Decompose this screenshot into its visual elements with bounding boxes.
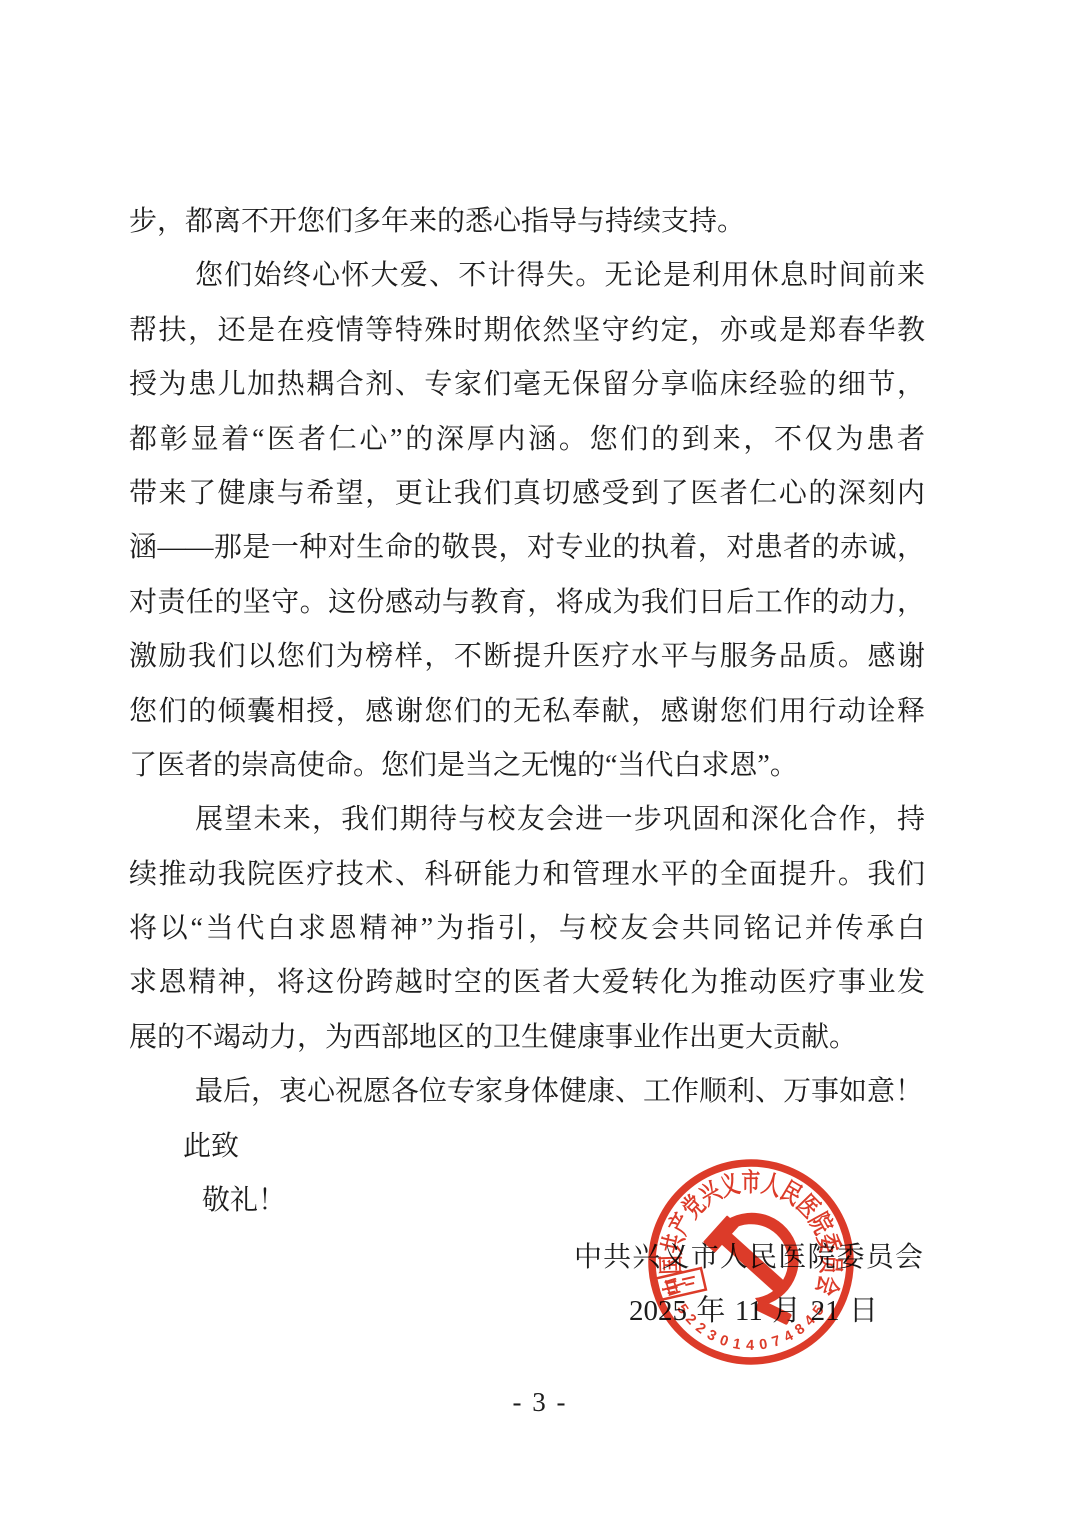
letter-page: 步，都离不开您们多年来的悉心指导与持续支持。您们始终心怀大爱、不计得失。无论是利…	[0, 0, 1080, 1527]
body-line: 最后，衷心祝愿各位专家身体健康、工作顺利、万事如意！	[129, 1065, 925, 1119]
page-number: - 3 -	[0, 1386, 1080, 1418]
body-line: 都彰显着“医者仁心”的深厚内涵。您们的到来，不仅为患者	[129, 413, 925, 467]
body-line: 将以“当代白求恩精神”为指引，与校友会共同铭记并传承白	[129, 902, 925, 956]
body-line: 帮扶，还是在疫情等特殊时期依然坚守约定，亦或是郑春华教	[129, 304, 925, 358]
letter-body: 步，都离不开您们多年来的悉心指导与持续支持。您们始终心怀大爱、不计得失。无论是利…	[129, 195, 925, 1228]
body-line: 带来了健康与希望，更让我们真切感受到了医者仁心的深刻内	[129, 467, 925, 521]
body-line: 展的不竭动力，为西部地区的卫生健康事业作出更大贡献。	[129, 1011, 925, 1065]
body-line: 授为患儿加热耦合剂、专家们毫无保留分享临床经验的细节，	[129, 358, 925, 412]
signature-date: 2025年11月21日	[629, 1295, 878, 1331]
body-line: 续推动我院医疗技术、科研能力和管理水平的全面提升。我们	[129, 848, 925, 902]
body-line: 求恩精神，将这份跨越时空的医者大爱转化为推动医疗事业发	[129, 956, 925, 1010]
signature: 中共兴义市人民医院委员会	[574, 1242, 923, 1276]
body-line: 此致	[183, 1120, 925, 1174]
body-line: 对责任的坚守。这份感动与教育，将成为我们日后工作的动力，	[129, 576, 925, 630]
body-line: 步，都离不开您们多年来的悉心指导与持续支持。	[129, 195, 925, 249]
body-line: 了医者的崇高使命。您们是当之无愧的“当代白求恩”。	[129, 739, 925, 793]
body-line: 激励我们以您们为榜样，不断提升医疗水平与服务品质。感谢	[129, 630, 925, 684]
body-line: 敬礼！	[202, 1174, 925, 1228]
body-line: 展望未来，我们期待与校友会进一步巩固和深化合作，持	[129, 793, 925, 847]
body-line: 涵——那是一种对生命的敬畏，对专业的执着，对患者的赤诚，	[129, 521, 925, 575]
body-line: 您们始终心怀大爱、不计得失。无论是利用休息时间前来	[129, 249, 925, 303]
body-line: 您们的倾囊相授，感谢您们的无私奉献，感谢您们用行动诠释	[129, 685, 925, 739]
